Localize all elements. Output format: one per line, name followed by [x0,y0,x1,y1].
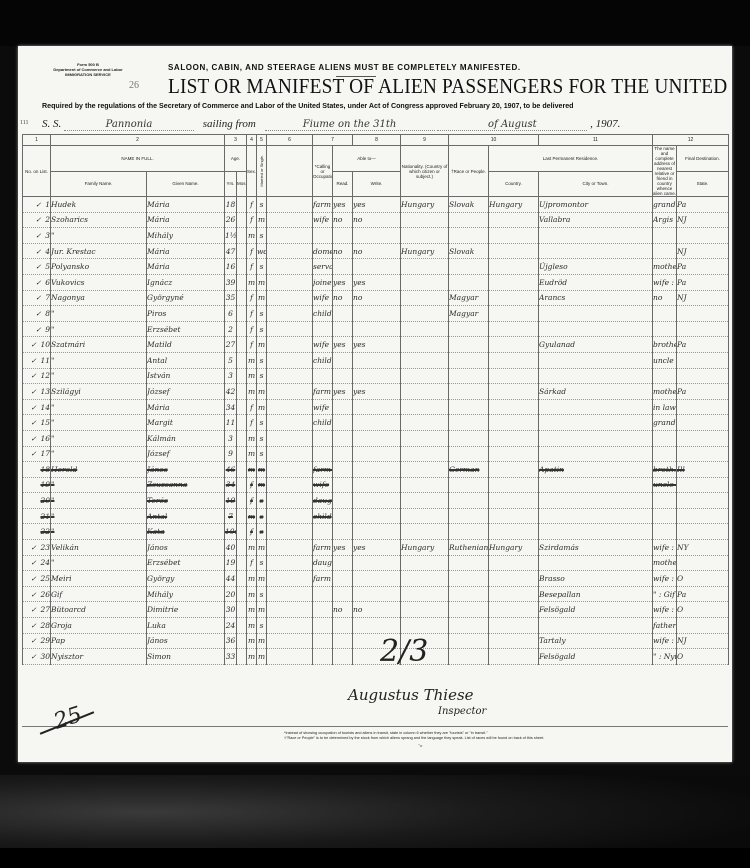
cell-state [677,321,729,337]
cell-relative: broth. in law : Jügelhoffer Ferenc Apati… [653,462,677,478]
cell-occupation [313,618,333,634]
cell-family: " [51,352,147,368]
cell-relative: mother : Szilágyi Józsefné Sárkad [653,384,677,400]
cell-read [333,446,353,462]
cell-write: no [353,212,401,228]
cell-empty [267,274,313,290]
cell-age: 44 [225,571,237,587]
cell-race [449,321,489,337]
cell-sex: m [247,540,257,556]
cell-empty [237,321,247,337]
cell-read [333,571,353,587]
cell-age: 19 [225,555,237,571]
cell-occupation [313,228,333,244]
cell-race: Slovak [449,243,489,259]
cell-occupation: child [313,306,333,322]
cell-empty [267,555,313,571]
cell-empty [237,306,247,322]
cell-city [539,321,653,337]
cell-state: O [677,602,729,618]
cell-age: 27 [225,337,237,353]
cell-ms: m [257,462,267,478]
check-mark-icon: ✓ [31,404,37,412]
cell-ms: m [257,399,267,415]
cell-relative: wife : Bütoarcd Dimitriene Felsögald [653,602,677,618]
cell-family: " [51,399,147,415]
cell-country [489,446,539,462]
cell-write [353,321,401,337]
cell-race [449,337,489,353]
cell-given: István [147,368,225,384]
cell-relative: mother : Szirdamásny [653,555,677,571]
table-row: ✓12"István3ms [23,368,729,384]
cell-state [677,477,729,493]
occupation-text: daughter [313,558,333,567]
header-name-in-full: NAME IN FULL. [51,146,225,172]
check-mark-icon: ✓ [31,357,37,365]
cell-empty [267,462,313,478]
cell-no: ✓6 [23,274,51,290]
cell-empty [237,384,247,400]
cell-no: ✓1 [23,197,51,213]
cell-read [333,399,353,415]
check-mark-icon: ✓ [35,232,41,240]
cell-sex: f [247,415,257,431]
cell-sex: m [247,446,257,462]
ship-name: Pannonia [64,119,194,131]
cell-family: Nagonya [51,290,147,306]
cell-family: " [51,368,147,384]
cell-occupation: domestic [313,243,333,259]
cell-occupation: joiner [313,274,333,290]
cell-given: Györgyné [147,290,225,306]
cell-country [489,306,539,322]
cell-state: O [677,649,729,665]
cell-relative: wife : Meiri Györgyné Brasso [653,571,677,587]
cell-age: 26 [225,212,237,228]
cell-age: 19 [225,493,237,509]
cell-empty [237,477,247,493]
cell-occupation: wife [313,399,333,415]
cell-sex: f [247,493,257,509]
table-row: 22"Kata10mfs [23,524,729,540]
cell-family: Pap [51,633,147,649]
cell-race [449,508,489,524]
table-row: ✓2SzoharicsMária26fmwifenonoVallabraArgi… [23,212,729,228]
footnotes: *Instead of showing occupation of touris… [284,731,544,741]
cell-read: yes [333,384,353,400]
cell-relative [653,508,677,524]
cell-no: ✓8 [23,306,51,322]
check-mark-icon: ✓ [31,341,37,349]
cell-age: 30 [225,602,237,618]
cell-empty [237,228,247,244]
row-number: 23 [40,543,50,552]
cell-ms: s [257,618,267,634]
cell-empty [267,415,313,431]
divider [22,726,728,727]
manifest-warning: SALOON, CABIN, AND STEERAGE ALIENS MUST … [168,63,521,72]
cell-state [677,306,729,322]
cell-no: ✓4 [23,243,51,259]
inspector-signature: Augustus Thiese [348,686,474,704]
cell-occupation: farm lab. [313,571,333,587]
cell-read: yes [333,197,353,213]
cell-write [353,462,401,478]
cell-given: János [147,540,225,556]
cell-write: no [353,290,401,306]
cell-no: ✓17 [23,446,51,462]
cell-empty [237,508,247,524]
cell-race [449,571,489,587]
cell-occupation: child [313,415,333,431]
row-number: 14 [40,403,50,412]
cell-city [539,368,653,384]
cell-given: Kata [147,524,225,540]
cell-occupation: child [313,352,333,368]
table-row: ✓17"József9ms [23,446,729,462]
cell-occupation [313,633,333,649]
cell-city: Felsögald [539,649,653,665]
cell-read [333,430,353,446]
cell-write [353,399,401,415]
row-number: 17 [40,449,50,458]
cell-family: Groja [51,618,147,634]
check-mark-icon: ✓ [31,653,37,661]
cell-relative: father : Groja Ervin Felsögald [653,618,677,634]
cell-state: NY [677,540,729,556]
row-number: 5 [45,262,50,271]
col-number: 6 [267,135,313,146]
row-number: 16 [40,434,50,443]
cell-ms: m [257,477,267,493]
sailing-month: of August [437,119,587,131]
header-read: Read. [333,171,353,197]
cell-country [489,399,539,415]
table-row: ✓11"Antal5mschilduncle : [23,352,729,368]
cell-nationality [401,415,449,431]
cell-write [353,259,401,275]
cell-read [333,524,353,540]
cell-empty [267,212,313,228]
header-married-single: Married or Single. [257,146,267,197]
cell-occupation [313,321,333,337]
cell-empty [267,290,313,306]
cell-given: Matild [147,337,225,353]
cell-write [353,524,401,540]
cell-race [449,446,489,462]
cell-nationality [401,446,449,462]
cell-ms: s [257,446,267,462]
cell-family: Polyansko [51,259,147,275]
cell-country [489,477,539,493]
check-mark-icon: ✓ [35,263,41,271]
cell-age: 2 [225,321,237,337]
header-nationality: Nationality. (Country of which citizen o… [401,146,449,197]
cell-nationality [401,212,449,228]
cell-given: Ignácz [147,274,225,290]
cell-city: Tartaly [539,633,653,649]
cell-ms: m [257,571,267,587]
row-number: 27 [40,605,50,614]
cell-age: 40 [225,540,237,556]
cell-read [333,633,353,649]
cell-race [449,618,489,634]
cell-family: " [51,446,147,462]
cell-empty [267,259,313,275]
cell-age: 11 [225,415,237,431]
sheet-number: 26 [129,80,139,91]
cell-sex: f [247,555,257,571]
cell-write [353,555,401,571]
check-mark-icon: ✓ [35,201,41,209]
cell-ms: s [257,352,267,368]
cell-empty [267,477,313,493]
cell-sex: m [247,633,257,649]
table-row: ✓10SzatmáriMatild27fmwifeyesyesGyulanadb… [23,337,729,353]
row-number: 15 [40,418,50,427]
cell-no: 21 [23,508,51,524]
cell-empty [267,197,313,213]
handwritten-mark: 2/3 [380,634,428,669]
cell-race [449,415,489,431]
cell-occupation: wife [313,337,333,353]
cell-country [489,618,539,634]
cell-given: Mária [147,212,225,228]
cell-relative: grandmother : Mosarik Anna Ujpromontor [653,197,677,213]
cell-sex: m [247,352,257,368]
cell-state [677,618,729,634]
row-number: 21 [40,512,50,521]
cell-occupation: farm lab. [313,462,333,478]
cell-empty [237,243,247,259]
cell-empty [267,493,313,509]
cell-family: " [51,228,147,244]
manifest-table: 1 2 3 4 5 6 7 8 9 10 11 12 No. on List. … [22,134,729,665]
cell-city [539,415,653,431]
cell-city: Brasso [539,571,653,587]
cell-write: yes [353,197,401,213]
table-row: ✓27BütoarcdDimitrie30mmnonoFelsögaldwife… [23,602,729,618]
cell-empty [267,524,313,540]
cell-country [489,524,539,540]
cell-empty [267,633,313,649]
cell-given: Mária [147,399,225,415]
cell-city: Sárkad [539,384,653,400]
row-number: 29 [40,636,50,645]
header-age-yrs: Yrs. [225,171,237,197]
table-row: ✓23VelikánJános40mmfarm laboryesyesHunga… [23,540,729,556]
header-no-on-list: No. on List. [23,146,51,197]
table-row: ✓8"Piros6fschildMagyar [23,306,729,322]
cell-city [539,399,653,415]
row-number: 6 [45,278,50,287]
row-number: 3 [45,231,50,240]
header-relative: The name and complete address of nearest… [653,146,677,197]
cell-occupation [313,586,333,602]
cell-sex: f [247,259,257,275]
cell-nationality [401,571,449,587]
cell-read [333,649,353,665]
cell-ms: m [257,290,267,306]
cell-relative [653,368,677,384]
row-number: 7 [45,293,50,302]
table-row: ✓13SzilágyiJózsef42mmfarm lab.yesyesSárk… [23,384,729,400]
cell-relative [653,493,677,509]
cell-nationality [401,337,449,353]
cell-no: ✓26 [23,586,51,602]
cell-sex: m [247,228,257,244]
cell-no: ✓9 [23,321,51,337]
cell-occupation [313,649,333,665]
cell-empty [237,649,247,665]
cell-country [489,602,539,618]
sailing-label: sailing from [203,118,256,130]
cell-sex: f [247,306,257,322]
cell-empty [237,602,247,618]
cell-write [353,571,401,587]
cell-state: NJ [677,212,729,228]
cell-state [677,430,729,446]
cell-ms: s [257,508,267,524]
cell-ms: m [257,384,267,400]
table-row: ✓24"Erzsébet19fsdaughtermother : Szirdam… [23,555,729,571]
cell-ms: s [257,321,267,337]
cell-ms: s [257,493,267,509]
col-number: 12 [653,135,729,146]
cell-no: ✓24 [23,555,51,571]
cell-country [489,352,539,368]
cell-ms: s [257,415,267,431]
cell-city: Besepallan [539,586,653,602]
check-mark-icon: ✓ [35,294,41,302]
header-final-destination: Final Destination. [677,146,729,172]
cell-city [539,555,653,571]
table-row: ✓6VukovicsIgnácz39mmjoineryesyesEudrödwi… [23,274,729,290]
cell-no: ✓10 [23,337,51,353]
cell-no: ✓29 [23,633,51,649]
cell-country [489,290,539,306]
table-row: ✓7NagonyaGyörgyné35fmwifenonoMagyarAranc… [23,290,729,306]
cell-occupation: daughter [313,493,333,509]
cell-city [539,493,653,509]
cell-race: Ruthenian [449,540,489,556]
cell-nationality [401,384,449,400]
ship-prefix: S. S. [42,118,61,130]
cell-state: NJ [677,290,729,306]
cell-empty [237,446,247,462]
cell-empty [237,555,247,571]
cell-age: 10m [225,524,237,540]
cell-state [677,399,729,415]
table-row: 18HeroldJános46mmfarm lab.GermanApatinbr… [23,462,729,478]
cell-state [677,524,729,540]
header-calling: *Calling or Occupation. [313,146,333,197]
cell-family: Bütoarcd [51,602,147,618]
cell-empty [237,274,247,290]
cell-write [353,618,401,634]
cell-ms: wd [257,243,267,259]
cell-nationality [401,352,449,368]
cell-nationality [401,555,449,571]
cell-family: Velikán [51,540,147,556]
cell-city: Szirdamás [539,540,653,556]
header-spacer [267,146,313,197]
cell-given: Dimitrie [147,602,225,618]
cell-occupation [313,446,333,462]
cell-empty [237,540,247,556]
cell-nationality [401,508,449,524]
col-number: 1 [23,135,51,146]
manifest-sheet: Form 500 B Department of Commerce and La… [18,46,732,762]
cell-relative: no [653,290,677,306]
cell-race [449,493,489,509]
cell-family: Hudek [51,197,147,213]
cell-nationality [401,259,449,275]
cell-read: yes [333,540,353,556]
cell-city [539,228,653,244]
cell-read: no [333,212,353,228]
row-number: 24 [40,558,50,567]
cell-no: ✓28 [23,618,51,634]
cell-occupation [313,602,333,618]
cell-family: " [51,508,147,524]
cell-family: " [51,524,147,540]
cell-sex: f [247,243,257,259]
cell-race [449,477,489,493]
cell-nationality: Hungary [401,540,449,556]
cell-ms: s [257,306,267,322]
cell-relative [653,321,677,337]
cell-read: yes [333,274,353,290]
cell-write: yes [353,274,401,290]
cell-sex: f [247,321,257,337]
cell-sex: m [247,462,257,478]
cell-given: Teréz [147,493,225,509]
cell-sex: m [247,368,257,384]
cell-ms: m [257,337,267,353]
row-number: 19 [40,480,50,489]
cell-city [539,352,653,368]
cell-relative: uncle : [653,352,677,368]
cell-write: yes [353,540,401,556]
cell-no: ✓3 [23,228,51,244]
cell-nationality [401,399,449,415]
cell-empty [237,586,247,602]
cell-family: " [51,430,147,446]
cell-family: Herold [51,462,147,478]
cell-given: Luka [147,618,225,634]
cell-age: 9 [225,446,237,462]
cell-read [333,306,353,322]
cell-empty [267,618,313,634]
check-mark-icon: ✓ [31,606,37,614]
occupation-text: wife [313,340,329,349]
cell-state: Pa [677,259,729,275]
cell-relative [653,228,677,244]
cell-no: 20 [23,493,51,509]
cell-state: NJ [677,243,729,259]
cell-state: Pa [677,586,729,602]
margin-mark: 111 [20,120,29,126]
cell-no: 19 [23,477,51,493]
cell-ms: s [257,586,267,602]
cell-empty [237,430,247,446]
cell-country [489,462,539,478]
check-mark-icon: ✓ [35,326,41,334]
tally-mark: 25 [51,702,85,734]
header-state: State. [677,171,729,197]
